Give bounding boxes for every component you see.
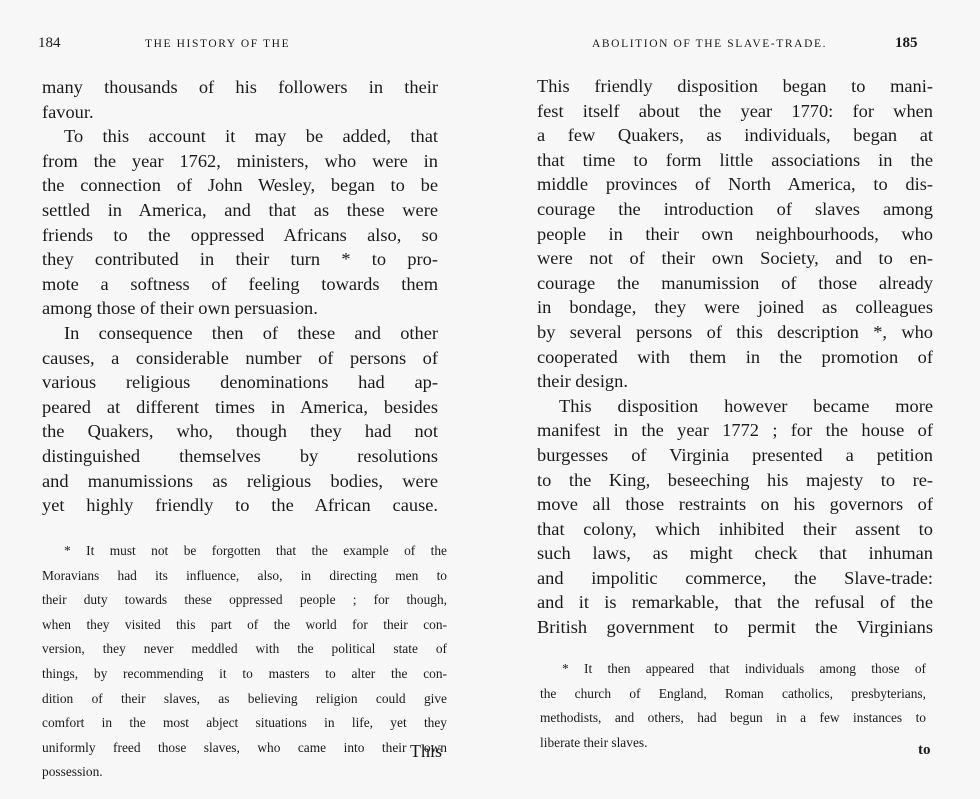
text-line: things, by recommending it to masters to… — [42, 664, 447, 689]
text-line: friends to the oppressed Africans also, … — [42, 223, 438, 248]
text-line: possession. — [42, 762, 447, 787]
text-line: Moravians had its influence, also, in di… — [42, 566, 447, 591]
text-line: the connection of John Wesley, began to … — [42, 173, 438, 198]
text-line: from the year 1762, ministers, who were … — [42, 149, 438, 174]
text-line: such laws, as might check that inhuman — [537, 541, 933, 566]
text-line: peared at different times in America, be… — [42, 395, 438, 420]
text-line: In consequence then of these and other — [42, 321, 438, 346]
text-line: * It must not be forgotten that the exam… — [42, 541, 447, 566]
text-line: many thousands of his followers in their — [42, 75, 438, 100]
text-line: that colony, which inhibited their assen… — [537, 517, 933, 542]
text-line: and it is remarkable, that the refusal o… — [537, 590, 933, 615]
text-line: middle provinces of North America, to di… — [537, 172, 933, 197]
footnote: * It then appeared that individuals amon… — [540, 659, 926, 757]
text-line: settled in America, and that as these we… — [42, 198, 438, 223]
body-text: many thousands of his followers in their… — [42, 75, 438, 518]
text-line: among those of their own persuasion. — [42, 296, 438, 321]
text-line: This friendly disposition began to mani- — [537, 74, 933, 99]
text-line: burgesses of Virginia presented a petiti… — [537, 443, 933, 468]
text-line: dition of their slaves, as believing rel… — [42, 689, 447, 714]
running-head: ABOLITION OF THE SLAVE-TRADE. — [592, 38, 827, 50]
body-text: This friendly disposition began to mani-… — [537, 74, 933, 640]
text-line: liberate their slaves. — [540, 733, 926, 758]
text-line: by several persons of this description *… — [537, 320, 933, 345]
text-line: move all those restraints on his governo… — [537, 492, 933, 517]
text-line: and manumissions as religious bodies, we… — [42, 469, 438, 494]
text-line: people in their own neighbourhoods, who — [537, 222, 933, 247]
text-line: and impolitic commerce, the Slave-trade: — [537, 566, 933, 591]
text-line: To this account it may be added, that — [42, 124, 438, 149]
footnote: * It must not be forgotten that the exam… — [42, 541, 447, 787]
text-line: * It then appeared that individuals amon… — [540, 659, 926, 684]
running-head: THE HISTORY OF THE — [145, 38, 290, 50]
text-line: mote a softness of feeling towards them — [42, 272, 438, 297]
text-line: their design. — [537, 369, 933, 394]
text-line: when they visited this part of the world… — [42, 615, 447, 640]
text-line: in bondage, they were joined as colleagu… — [537, 295, 933, 320]
text-line: uniformly freed those slaves, who came i… — [42, 738, 447, 763]
text-line: they contributed in their turn * to pro- — [42, 247, 438, 272]
text-line: manifest in the year 1772 ; for the hous… — [537, 418, 933, 443]
text-line: version, they never meddled with the pol… — [42, 639, 447, 664]
text-line: courage the manumission of those already — [537, 271, 933, 296]
text-line: cooperated with them in the promotion of — [537, 345, 933, 370]
text-line: fest itself about the year 1770: for whe… — [537, 99, 933, 124]
page-number: 185 — [895, 35, 918, 52]
text-line: the church of England, Roman catholics, … — [540, 684, 926, 709]
text-line: comfort in the most abject situations in… — [42, 713, 447, 738]
text-line: yet highly friendly to the African cause… — [42, 493, 438, 518]
text-line: that time to form little associations in… — [537, 148, 933, 173]
text-line: various religious denominations had ap- — [42, 370, 438, 395]
text-line: courage the introduction of slaves among — [537, 197, 933, 222]
text-line: a few Quakers, as individuals, began at — [537, 123, 933, 148]
page-number: 184 — [38, 35, 61, 52]
text-line: methodists, and others, had begun in a f… — [540, 708, 926, 733]
catchword: to — [918, 742, 931, 759]
text-line: causes, a considerable number of persons… — [42, 346, 438, 371]
text-line: distinguished themselves by resolutions — [42, 444, 438, 469]
text-line: the Quakers, who, though they had not — [42, 419, 438, 444]
text-line: favour. — [42, 100, 438, 125]
text-line: were not of their own Society, and to en… — [537, 246, 933, 271]
catchword: This — [410, 741, 442, 762]
text-line: This disposition however became more — [537, 394, 933, 419]
text-line: their duty towards these oppressed peopl… — [42, 590, 447, 615]
text-line: British government to permit the Virgini… — [537, 615, 933, 640]
text-line: to the King, beseeching his majesty to r… — [537, 468, 933, 493]
